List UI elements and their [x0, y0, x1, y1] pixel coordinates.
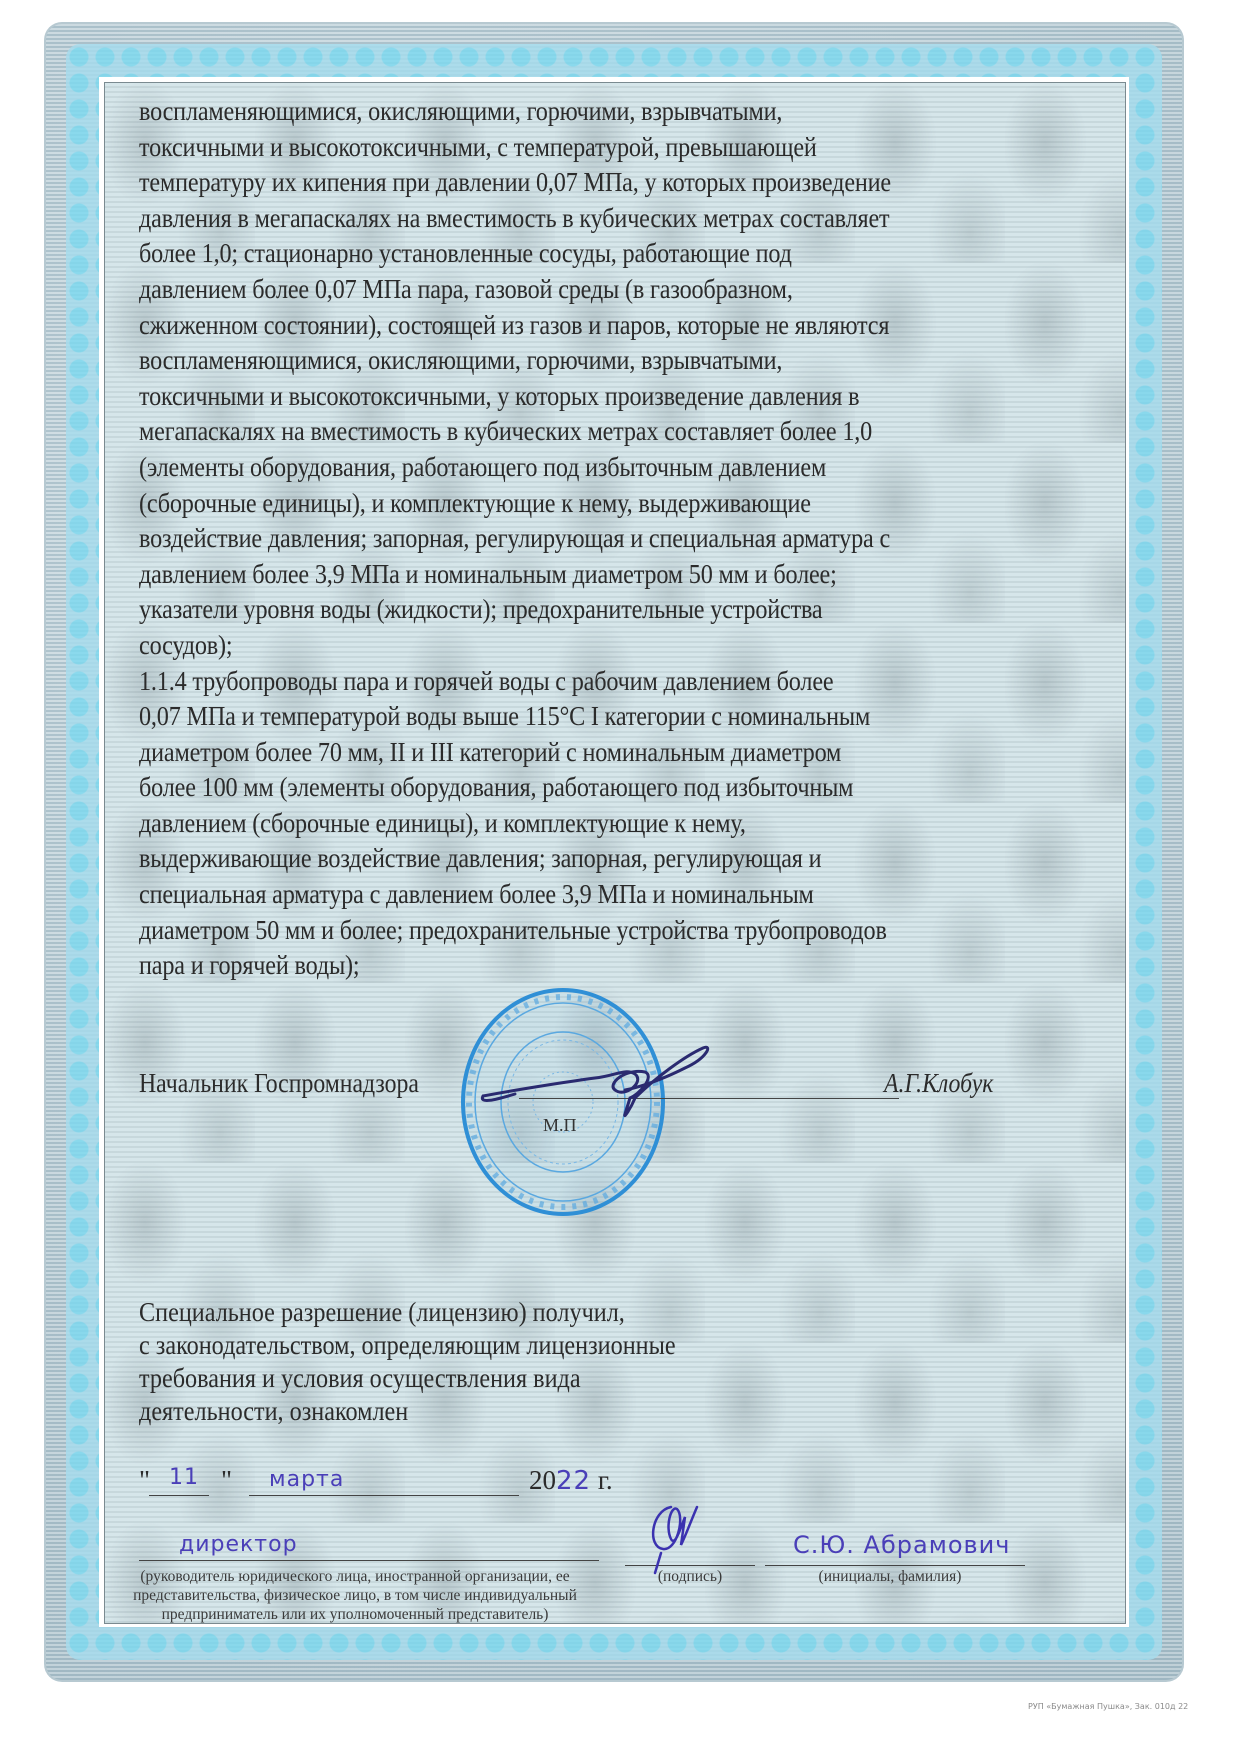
body-line: указатели уровня воды (жидкости); предох… — [139, 591, 1103, 627]
body-line: давлением более 3,9 МПа и номинальным ди… — [139, 556, 1103, 592]
body-line: токсичными и высокотоксичными, у которых… — [139, 378, 1103, 414]
issuer-title: Начальник Госпромнадзора — [139, 1068, 419, 1099]
recipient-role: директор — [179, 1532, 298, 1557]
signature-caption: (подпись) — [635, 1567, 745, 1586]
body-line: выдерживающие воздействие давления; запо… — [139, 840, 1103, 876]
license-scope-text: воспламеняющимися, окисляющими, горючими… — [139, 93, 1103, 983]
name-caption: (инициалы, фамилия) — [785, 1567, 995, 1586]
body-line: воздействие давления; запорная, регулиру… — [139, 520, 1103, 556]
body-line: давлением более 0,07 МПа пара, газовой с… — [139, 271, 1103, 307]
issuer-name: А.Г.Клобук — [884, 1068, 993, 1099]
recipient-name-line — [765, 1565, 1025, 1566]
body-line: мегапаскалях на вместимость в кубических… — [139, 413, 1103, 449]
body-line: более 1,0; стационарно установленные сос… — [139, 235, 1103, 271]
body-line: воспламеняющимися, окисляющими, горючими… — [139, 342, 1103, 378]
body-line: диаметром более 70 мм, II и III категори… — [139, 734, 1103, 770]
date-month: марта — [269, 1467, 344, 1492]
body-line: (элементы оборудования, работающего под … — [139, 449, 1103, 485]
acknowledgement-text: Специальное разрешение (лицензию) получи… — [139, 1295, 676, 1427]
body-line: специальная арматура с давлением более 3… — [139, 876, 1103, 912]
acknowledgement-line: требования и условия осуществления вида — [139, 1361, 676, 1394]
body-line: пара и горячей воды); — [139, 947, 1103, 983]
recipient-signature-icon — [641, 1497, 711, 1577]
date-day: 11 — [169, 1465, 199, 1490]
issuer-signature-icon — [475, 1038, 715, 1128]
recipient-caption: (руководитель юридического лица, иностра… — [115, 1567, 595, 1624]
month-line — [249, 1495, 519, 1496]
stamp-placeholder-label: М.П — [543, 1115, 577, 1136]
body-line: 0,07 МПа и температурой воды выше 115°С … — [139, 698, 1103, 734]
year-prefix: 20 — [529, 1465, 556, 1495]
body-line: 1.1.4 трубопроводы пара и горячей воды с… — [139, 663, 1103, 699]
acknowledgement-line: с законодательством, определяющим лиценз… — [139, 1328, 676, 1361]
day-line — [149, 1495, 209, 1496]
year-suffix: 22 — [556, 1466, 591, 1496]
role-line — [139, 1560, 599, 1561]
document-panel: воспламеняющимися, окисляющими, горючими… — [104, 82, 1126, 1624]
body-line: более 100 мм (элементы оборудования, раб… — [139, 769, 1103, 805]
guilloche-border: воспламеняющимися, окисляющими, горючими… — [44, 22, 1184, 1682]
acknowledgement-line: деятельности, ознакомлен — [139, 1394, 676, 1427]
body-line: токсичными и высокотоксичными, с темпера… — [139, 129, 1103, 165]
recipient-name: С.Ю. Абрамович — [793, 1531, 1010, 1559]
body-line: сосудов); — [139, 627, 1103, 663]
body-line: (сборочные единицы), и комплектующие к н… — [139, 485, 1103, 521]
document-frame: воспламеняющимися, окисляющими, горючими… — [99, 77, 1129, 1627]
date-close-quote: " — [221, 1465, 232, 1496]
body-line: воспламеняющимися, окисляющими, горючими… — [139, 93, 1103, 129]
year-unit: г. — [598, 1465, 613, 1495]
date-open-quote: " — [139, 1465, 150, 1496]
body-line: давления в мегапаскалях на вместимость в… — [139, 200, 1103, 236]
body-line: температуру их кипения при давлении 0,07… — [139, 164, 1103, 200]
body-line: сжиженном состоянии), состоящей из газов… — [139, 307, 1103, 343]
date-year: 2022 г. — [529, 1465, 613, 1496]
printer-mark: РУП «Бумажная Пушка», Зак. 010д 22 — [1028, 1702, 1188, 1711]
body-line: диаметром 50 мм и более; предохранительн… — [139, 912, 1103, 948]
body-line: давлением (сборочные единицы), и комплек… — [139, 805, 1103, 841]
acknowledgement-line: Специальное разрешение (лицензию) получи… — [139, 1295, 676, 1328]
acknowledgement-date: " 11 " марта 2022 г. — [139, 1465, 739, 1501]
